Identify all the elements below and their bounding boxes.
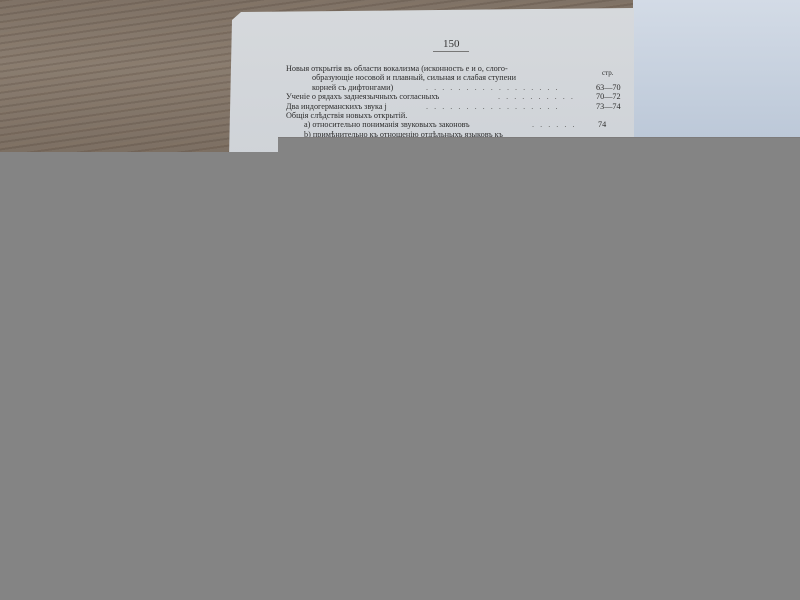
toc-entry-text: Два индогерманскихъ звука j xyxy=(286,102,387,111)
table-of-contents: стр. Новыя открытія въ области вокализма… xyxy=(286,64,626,139)
toc-entry-pages: 70—72 xyxy=(596,92,621,101)
gray-overlay-bottom xyxy=(0,152,800,600)
toc-entry: Ученіе о рядахъ заднеязычныхъ согласныхъ… xyxy=(286,92,626,101)
toc-entry-text: корней съ дифтонгами) xyxy=(312,83,393,92)
toc-entry-text: a) относительно пониманія звуковыхъ зако… xyxy=(304,120,470,129)
toc-entry-pages: 63—70 xyxy=(596,83,621,92)
leader-dots: . . . . . . . . . . . . . . . . . xyxy=(426,102,560,111)
toc-entry: корней съ дифтонгами) . . . . . . . . . … xyxy=(286,83,626,92)
toc-entry-text: Ученіе о рядахъ заднеязычныхъ согласныхъ xyxy=(286,92,439,101)
toc-entry-pages: 73—74 xyxy=(596,102,621,111)
page-number: 150 xyxy=(443,38,460,50)
toc-entry: a) относительно пониманія звуковыхъ зако… xyxy=(286,120,626,129)
toc-entry: образующіе носовой и плавный, сильная и … xyxy=(286,73,626,82)
right-white-surface xyxy=(633,0,800,140)
leader-dots: . . . . . . xyxy=(532,120,577,129)
toc-entry-text: Новыя открытія въ области вокализма (иск… xyxy=(286,64,508,73)
page-number-rule xyxy=(433,51,469,52)
toc-entry: Новыя открытія въ области вокализма (иск… xyxy=(286,64,626,73)
leader-dots: . . . . . . . . . . xyxy=(498,92,575,101)
toc-entry: Общія слѣдствія новыхъ открытій. xyxy=(286,111,626,120)
toc-entry: Два индогерманскихъ звука j . . . . . . … xyxy=(286,102,626,111)
toc-entry-text: Общія слѣдствія новыхъ открытій. xyxy=(286,111,407,120)
toc-entry-text: образующіе носовой и плавный, сильная и … xyxy=(312,73,516,82)
leader-dots: . . . . . . . . . . . . . . . . . xyxy=(426,83,560,92)
toc-entry-pages: 74 xyxy=(598,120,606,129)
